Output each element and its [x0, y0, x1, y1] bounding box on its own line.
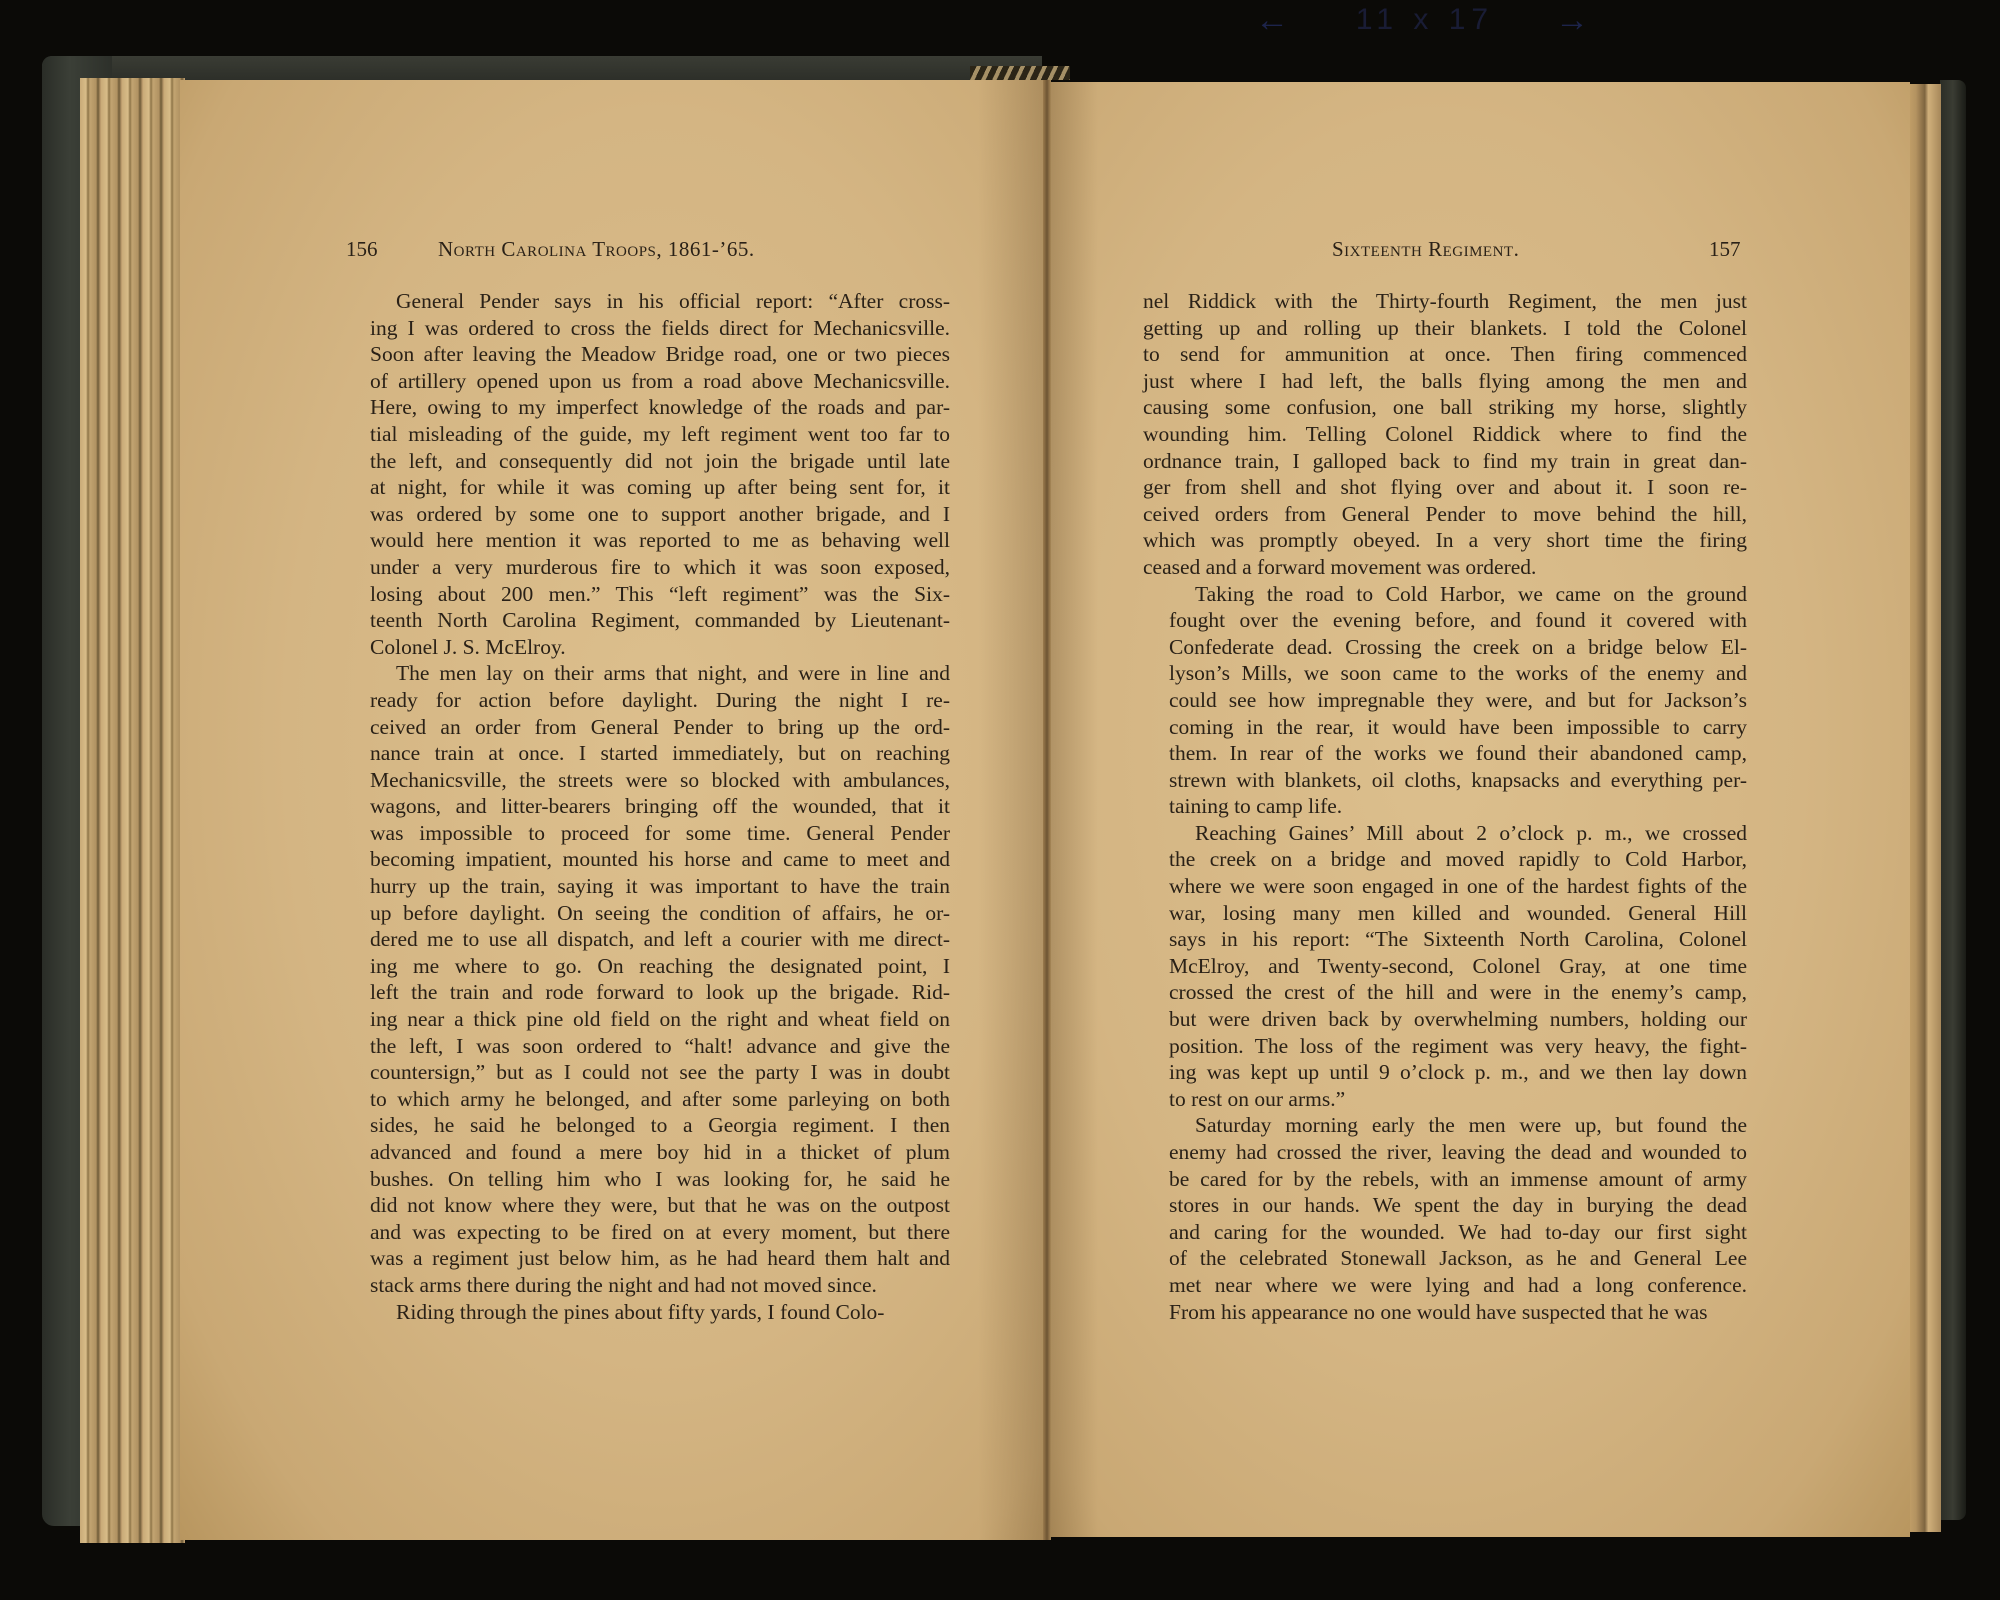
text-line: ceived an order from General Pender to b… — [344, 714, 950, 741]
text-line: Saturday morning early the men were up, … — [1143, 1112, 1747, 1139]
paragraph: The men lay on their arms that night, an… — [344, 660, 950, 1298]
text-line: the left, I was soon ordered to “halt! a… — [344, 1033, 950, 1060]
text-line: stack arms there during the night and ha… — [344, 1272, 950, 1299]
book-cover-top-edge — [42, 56, 1042, 82]
text-line: The men lay on their arms that night, an… — [344, 660, 950, 687]
text-line: hurry up the train, saying it was import… — [344, 873, 950, 900]
text-line: would here mention it was reported to me… — [344, 527, 950, 554]
text-line: was impossible to proceed for some time.… — [344, 820, 950, 847]
text-line: which was promptly obeyed. In a very sho… — [1143, 527, 1747, 554]
text-line: to send for ammunition at once. Then fir… — [1143, 341, 1747, 368]
text-line: but were driven back by overwhelming num… — [1143, 1006, 1747, 1033]
text-line: sides, he said he belonged to a Georgia … — [344, 1112, 950, 1139]
text-line: Soon after leaving the Meadow Bridge roa… — [344, 341, 950, 368]
text-line: losing about 200 men.” This “left regime… — [344, 581, 950, 608]
text-line: war, losing many men killed and wounded.… — [1143, 900, 1747, 927]
paragraph: Riding through the pines about fifty yar… — [344, 1299, 950, 1326]
open-book: 156 North Carolina Troops, 1861-’65. Six… — [0, 0, 2000, 1600]
paragraph: Saturday morning early the men were up, … — [1143, 1112, 1747, 1325]
text-line: wagons, and litter-bearers bringing off … — [344, 793, 950, 820]
text-line: could see how impregnable they were, and… — [1143, 687, 1747, 714]
text-line: just where I had left, the balls flying … — [1143, 368, 1747, 395]
text-line: ing was kept up until 9 o’clock p. m., a… — [1143, 1059, 1747, 1086]
text-line: of artillery opened upon us from a road … — [344, 368, 950, 395]
book-cover-right — [1940, 80, 1966, 1520]
text-line: to which army he belonged, and after som… — [344, 1086, 950, 1113]
text-line: dered me to use all dispatch, and left a… — [344, 926, 950, 953]
text-line: crossed the crest of the hill and were i… — [1143, 979, 1747, 1006]
right-running-head: Sixteenth Regiment. — [1332, 237, 1519, 262]
text-line: nel Riddick with the Thirty-fourth Regim… — [1143, 288, 1747, 315]
left-running-head: North Carolina Troops, 1861-’65. — [438, 237, 755, 262]
text-line: ordnance train, I galloped back to find … — [1143, 448, 1747, 475]
text-line: says in his report: “The Sixteenth North… — [1143, 926, 1747, 953]
text-line: at night, for while it was coming up aft… — [344, 474, 950, 501]
text-line: tial misleading of the guide, my left re… — [344, 421, 950, 448]
paragraph: Reaching Gaines’ Mill about 2 o’clock p.… — [1143, 820, 1747, 1113]
text-line: stores in our hands. We spent the day in… — [1143, 1192, 1747, 1219]
text-line: Confederate dead. Crossing the creek on … — [1143, 634, 1747, 661]
text-line: Taking the road to Cold Harbor, we came … — [1143, 581, 1747, 608]
paragraph: Taking the road to Cold Harbor, we came … — [1143, 581, 1747, 820]
text-line: up before daylight. On seeing the condit… — [344, 900, 950, 927]
text-line: Riding through the pines about fifty yar… — [344, 1299, 950, 1326]
left-page-body: General Pender says in his official repo… — [344, 288, 950, 1325]
text-line: From his appearance no one would have su… — [1143, 1299, 1747, 1326]
text-line: McElroy, and Twenty-second, Colonel Gray… — [1143, 953, 1747, 980]
text-line: taining to camp life. — [1143, 793, 1747, 820]
text-line: and was expecting to be fired on at ever… — [344, 1219, 950, 1246]
text-line: met near where we were lying and had a l… — [1143, 1272, 1747, 1299]
text-line: General Pender says in his official repo… — [344, 288, 950, 315]
text-line: causing some confusion, one ball strikin… — [1143, 394, 1747, 421]
text-line: ready for action before daylight. During… — [344, 687, 950, 714]
text-line: to rest on our arms.” — [1143, 1086, 1747, 1113]
text-line: fought over the evening before, and foun… — [1143, 607, 1747, 634]
text-line: bushes. On telling him who I was looking… — [344, 1166, 950, 1193]
text-line: the left, and consequently did not join … — [344, 448, 950, 475]
text-line: ing I was ordered to cross the fields di… — [344, 315, 950, 342]
text-line: wounding him. Telling Colonel Riddick wh… — [1143, 421, 1747, 448]
text-line: strewn with blankets, oil cloths, knapsa… — [1143, 767, 1747, 794]
text-line: was a regiment just below him, as he had… — [344, 1245, 950, 1272]
text-line: advanced and found a mere boy hid in a t… — [344, 1139, 950, 1166]
text-line: ger from shell and shot flying over and … — [1143, 474, 1747, 501]
text-line: the creek on a bridge and moved rapidly … — [1143, 846, 1747, 873]
text-line: was ordered by some one to support anoth… — [344, 501, 950, 528]
text-line: where we were soon engaged in one of the… — [1143, 873, 1747, 900]
text-line: Reaching Gaines’ Mill about 2 o’clock p.… — [1143, 820, 1747, 847]
text-line: position. The loss of the regiment was v… — [1143, 1033, 1747, 1060]
text-line: and caring for the wounded. We had to-da… — [1143, 1219, 1747, 1246]
text-line: ceased and a forward movement was ordere… — [1143, 554, 1747, 581]
text-line: of the celebrated Stonewall Jackson, as … — [1143, 1245, 1747, 1272]
paragraph: General Pender says in his official repo… — [344, 288, 950, 660]
right-page-number: 157 — [1709, 237, 1741, 262]
text-line: Colonel J. S. McElroy. — [344, 634, 950, 661]
book-gutter — [1043, 78, 1051, 1540]
right-page-body: nel Riddick with the Thirty-fourth Regim… — [1143, 288, 1747, 1325]
text-line: Here, owing to my imperfect knowledge of… — [344, 394, 950, 421]
text-line: nance train at once. I started immediate… — [344, 740, 950, 767]
text-line: getting up and rolling up their blankets… — [1143, 315, 1747, 342]
text-line: left the train and rode forward to look … — [344, 979, 950, 1006]
page-edges-left — [80, 78, 185, 1543]
paragraph: nel Riddick with the Thirty-fourth Regim… — [1143, 288, 1747, 581]
text-line: teenth North Carolina Regiment, commande… — [344, 607, 950, 634]
text-line: enemy had crossed the river, leaving the… — [1143, 1139, 1747, 1166]
text-line: Mechanicsville, the streets were so bloc… — [344, 767, 950, 794]
text-line: them. In rear of the works we found thei… — [1143, 740, 1747, 767]
page-edges-right — [1905, 84, 1941, 1532]
text-line: countersign,” but as I could not see the… — [344, 1059, 950, 1086]
text-line: becoming impatient, mounted his horse an… — [344, 846, 950, 873]
text-line: did not know where they were, but that h… — [344, 1192, 950, 1219]
book-headband — [970, 66, 1070, 80]
text-line: ing near a thick pine old field on the r… — [344, 1006, 950, 1033]
left-page-number: 156 — [346, 237, 378, 262]
text-line: ing me where to go. On reaching the desi… — [344, 953, 950, 980]
text-line: lyson’s Mills, we soon came to the works… — [1143, 660, 1747, 687]
text-line: ceived orders from General Pender to mov… — [1143, 501, 1747, 528]
text-line: under a very murderous fire to which it … — [344, 554, 950, 581]
text-line: coming in the rear, it would have been i… — [1143, 714, 1747, 741]
text-line: be cared for by the rebels, with an imme… — [1143, 1166, 1747, 1193]
